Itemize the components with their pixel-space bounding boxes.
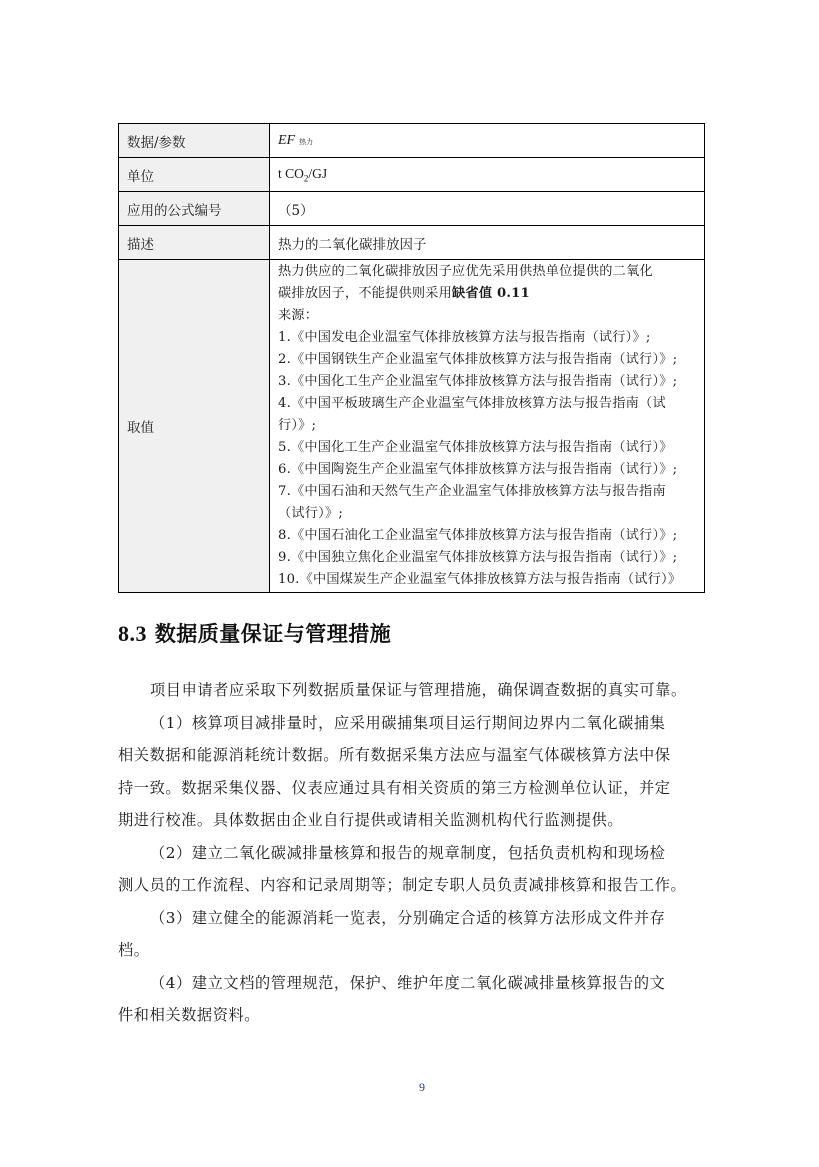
source-item: 7.《中国石油和天然气生产企业温室气体排放核算方法与报告指南	[278, 481, 696, 503]
row-key: 单位	[119, 158, 270, 192]
measure-1-line: （1）核算项目减排量时，应采用碳捕集项目运行期间边界内二氧化碳捕集	[118, 707, 708, 740]
source-label: 来源：	[278, 305, 696, 327]
row-key: 取值	[119, 260, 270, 593]
source-item: 6.《中国陶瓷生产企业温室气体排放核算方法与报告指南（试行）》;	[278, 459, 696, 481]
row-key: 数据/参数	[119, 124, 270, 158]
measure-1-line: 期进行校准。具体数据由企业自行提供或请相关监测机构代行监测提供。	[118, 804, 708, 837]
parameter-table: 数据/参数 EF热力 单位 t CO2/GJ 应用的公式编号 （5） 描述 热力…	[118, 123, 705, 593]
section-number: 8.3	[118, 621, 147, 646]
source-item: 10.《中国煤炭生产企业温室气体排放核算方法与报告指南（试行）》	[278, 569, 696, 591]
source-item: （试行）》;	[278, 503, 696, 525]
source-item: 3.《中国化工生产企业温室气体排放核算方法与报告指南（试行）》;	[278, 371, 696, 393]
row-value: EF热力	[270, 124, 705, 158]
row-value: 热力的二氧化碳排放因子	[270, 226, 705, 260]
document-page: 数据/参数 EF热力 单位 t CO2/GJ 应用的公式编号 （5） 描述 热力…	[0, 0, 819, 1167]
intro-paragraph: 项目申请者应采取下列数据质量保证与管理措施，确保调查数据的真实可靠。	[118, 674, 708, 707]
source-item: 行）》;	[278, 415, 696, 437]
row-value: 热力供应的二氧化碳排放因子应优先采用供热单位提供的二氧化 碳排放因子，不能提供则…	[270, 260, 705, 593]
value-intro-line: 碳排放因子，不能提供则采用缺省值 0.11	[278, 283, 696, 305]
page-number: 9	[419, 1080, 425, 1095]
section-heading: 8.3 数据质量保证与管理措施	[118, 618, 391, 648]
table-row: 单位 t CO2/GJ	[119, 158, 705, 192]
measure-2-line: （2）建立二氧化碳减排量核算和报告的规章制度，包括负责机构和现场检	[118, 837, 708, 870]
measure-2-line: 测人员的工作流程、内容和记录周期等；制定专职人员负责减排核算和报告工作。	[118, 869, 708, 902]
measure-3-line: 档。	[118, 934, 708, 967]
table-row: 应用的公式编号 （5）	[119, 192, 705, 226]
measure-4-line: 件和相关数据资料。	[118, 999, 708, 1032]
table-row: 数据/参数 EF热力	[119, 124, 705, 158]
measure-3-line: （3）建立健全的能源消耗一览表，分别确定合适的核算方法形成文件并存	[118, 902, 708, 935]
measure-4-line: （4）建立文档的管理规范，保护、维护年度二氧化碳减排量核算报告的文	[118, 967, 708, 1000]
parameter-symbol: EF热力	[278, 133, 313, 148]
table-row: 取值 热力供应的二氧化碳排放因子应优先采用供热单位提供的二氧化 碳排放因子，不能…	[119, 260, 705, 593]
unit-value: t CO2/GJ	[278, 166, 327, 181]
value-intro-line: 热力供应的二氧化碳排放因子应优先采用供热单位提供的二氧化	[278, 261, 696, 283]
row-key: 应用的公式编号	[119, 192, 270, 226]
source-item: 1.《中国发电企业温室气体排放核算方法与报告指南（试行）》;	[278, 327, 696, 349]
default-value: 缺省值 0.11	[452, 286, 530, 301]
row-value: （5）	[270, 192, 705, 226]
row-value: t CO2/GJ	[270, 158, 705, 192]
table-row: 描述 热力的二氧化碳排放因子	[119, 226, 705, 260]
source-item: 5.《中国化工生产企业温室气体排放核算方法与报告指南（试行）》	[278, 437, 696, 459]
source-item: 8.《中国石油化工企业温室气体排放核算方法与报告指南（试行）》;	[278, 525, 696, 547]
source-item: 2.《中国钢铁生产企业温室气体排放核算方法与报告指南（试行）》;	[278, 349, 696, 371]
section-body: 项目申请者应采取下列数据质量保证与管理措施，确保调查数据的真实可靠。 （1）核算…	[118, 674, 708, 1032]
source-item: 9.《中国独立焦化企业温室气体排放核算方法与报告指南（试行）》;	[278, 547, 696, 569]
measure-1-line: 相关数据和能源消耗统计数据。所有数据采集方法应与温室气体碳核算方法中保	[118, 739, 708, 772]
measure-1-line: 持一致。数据采集仪器、仪表应通过具有相关资质的第三方检测单位认证，并定	[118, 772, 708, 805]
row-key: 描述	[119, 226, 270, 260]
section-title: 数据质量保证与管理措施	[155, 622, 392, 646]
source-item: 4.《中国平板玻璃生产企业温室气体排放核算方法与报告指南（试	[278, 393, 696, 415]
